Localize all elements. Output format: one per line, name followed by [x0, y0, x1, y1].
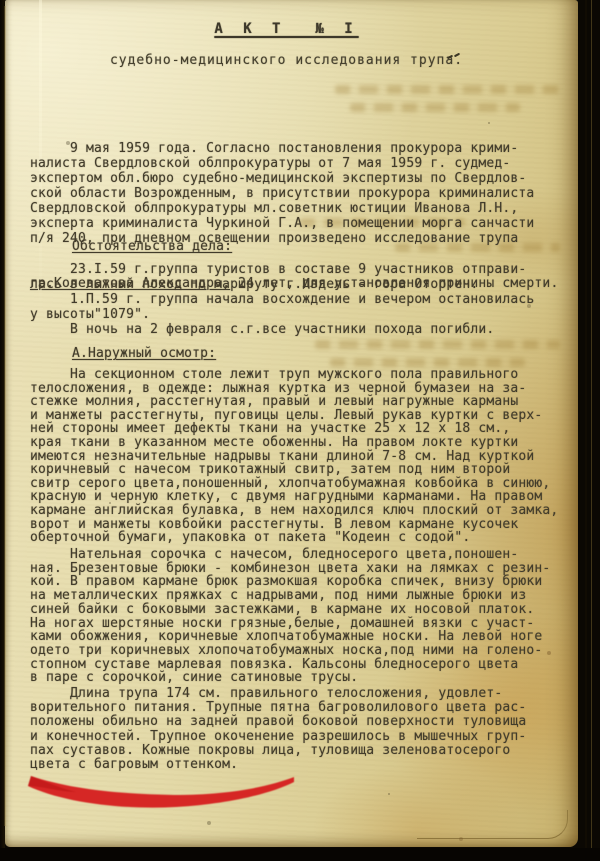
external-exam-heading: А.Наружный осмотр: [72, 346, 216, 361]
page-edge-line-light [591, 0, 592, 856]
intro-lines: 9 мая 1959 года. Согласно постановления … [30, 141, 575, 246]
photo-left-edge-highlight [4, 6, 6, 826]
bleed-through-text [335, 85, 560, 94]
body-description-paragraph: Длина трупа 174 см. правильного телослож… [30, 687, 575, 772]
page-edge-line [585, 0, 587, 852]
external-exam-paragraph: На секционном столе лежит труп мужского … [30, 368, 575, 545]
handwritten-tick-mark [447, 54, 461, 63]
bleed-through-text [315, 340, 560, 349]
page-corner-crease [417, 810, 568, 839]
paper-specks [5, 0, 7, 2]
photo-bottom-edge [0, 848, 600, 861]
document-subtitle: судебно-медицинского исследования трупа. [0, 53, 573, 68]
circumstances-heading: Обстоятельства дела: [72, 239, 232, 254]
clothing-paragraph: Нательная сорочка с начесом, бледносерог… [30, 548, 575, 685]
circumstances-paragraph: 23.I.59 г.группа туристов в составе 9 уч… [30, 262, 575, 337]
bleed-through-text [330, 358, 525, 367]
red-marker-underline [26, 772, 298, 816]
adjacent-page-edge [576, 0, 600, 861]
document-title: А К Т № I [0, 21, 600, 37]
